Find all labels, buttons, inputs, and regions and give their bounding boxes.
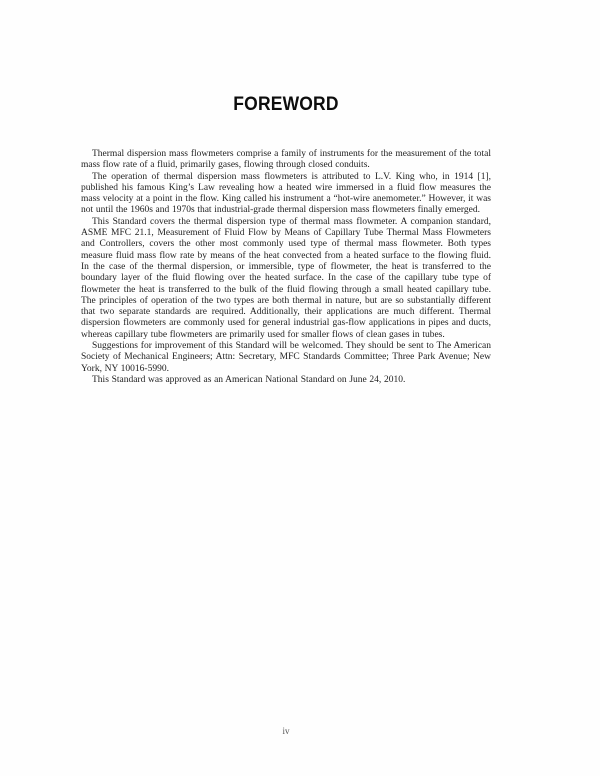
paragraph: The operation of thermal dispersion mass… xyxy=(81,172,491,217)
paragraph: This Standard covers the thermal dispers… xyxy=(81,217,491,341)
paragraph: Thermal dispersion mass flowmeters compr… xyxy=(81,149,491,172)
paragraph: Suggestions for improvement of this Stan… xyxy=(81,341,491,375)
document-page: FOREWORD Thermal dispersion mass flowmet… xyxy=(0,0,600,776)
foreword-body: Thermal dispersion mass flowmeters compr… xyxy=(81,149,491,386)
page-number: iv xyxy=(81,726,491,736)
page-title: FOREWORD xyxy=(97,95,474,115)
paragraph: This Standard was approved as an America… xyxy=(81,375,491,386)
